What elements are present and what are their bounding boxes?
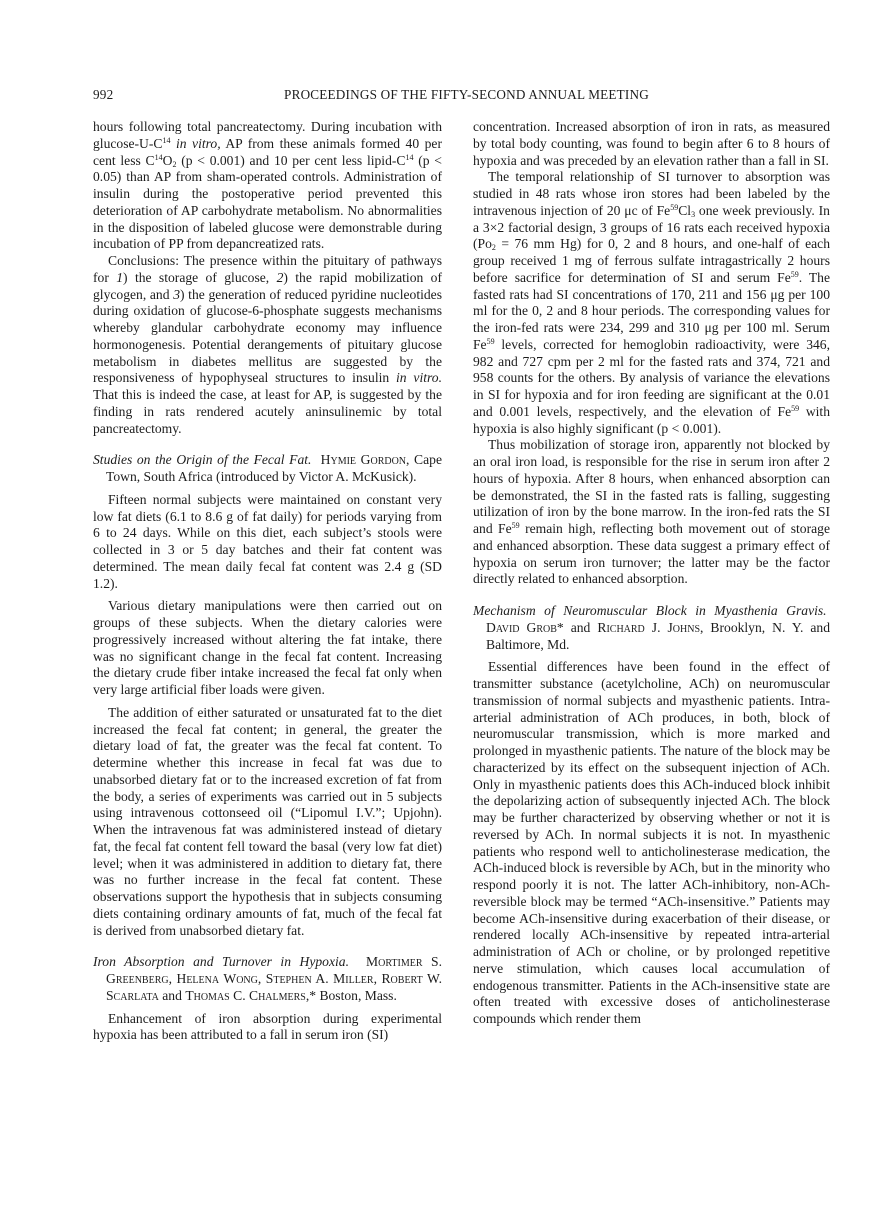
iron-abstract-paragraph: Enhancement of iron absorption during ex… (93, 1011, 442, 1045)
author-name: Thomas C. Chalmers,* (185, 988, 316, 1003)
author-name: Hymie Gordon (321, 452, 406, 467)
affiliation: Boston, Mass. (316, 988, 397, 1003)
author-name: Richard J. Johns (597, 620, 700, 635)
fecal-fat-paragraph: The addition of either saturated or unsa… (93, 705, 442, 940)
journal-title: PROCEEDINGS OF THE FIFTY-SECOND ANNUAL M… (93, 87, 830, 103)
myasthenia-abstract-heading: Mechanism of Neuromuscular Block in Myas… (473, 603, 830, 653)
iron-abstract-paragraph: concentration. Increased absorption of i… (473, 119, 830, 169)
author-name: David Grob* (486, 620, 564, 635)
fecal-fat-abstract-heading: Studies on the Origin of the Fecal Fat. … (93, 452, 442, 486)
glucose-abstract-results: hours following total pancreatectomy. Du… (93, 119, 442, 253)
abstract-title: Studies on the Origin of the Fecal Fat. (93, 452, 311, 467)
left-column: hours following total pancreatectomy. Du… (93, 119, 442, 1044)
abstract-title: Mechanism of Neuromuscular Block in Myas… (473, 603, 827, 618)
abstract-title: Iron Absorption and Turnover in Hypoxia. (93, 954, 349, 969)
fecal-fat-paragraph: Various dietary manipulations were then … (93, 598, 442, 699)
running-head: 992 PROCEEDINGS OF THE FIFTY-SECOND ANNU… (93, 87, 830, 105)
fecal-fat-paragraph: Fifteen normal subjects were maintained … (93, 492, 442, 593)
glucose-abstract-conclusions: Conclusions: The presence within the pit… (93, 253, 442, 437)
iron-abstract-heading: Iron Absorption and Turnover in Hypoxia.… (93, 954, 442, 1004)
right-column: concentration. Increased absorption of i… (473, 119, 830, 1028)
myasthenia-abstract-paragraph: Essential differences have been found in… (473, 659, 830, 1028)
iron-abstract-paragraph: Thus mobilization of storage iron, appar… (473, 437, 830, 588)
iron-abstract-paragraph: The temporal relationship of SI turnover… (473, 169, 830, 437)
